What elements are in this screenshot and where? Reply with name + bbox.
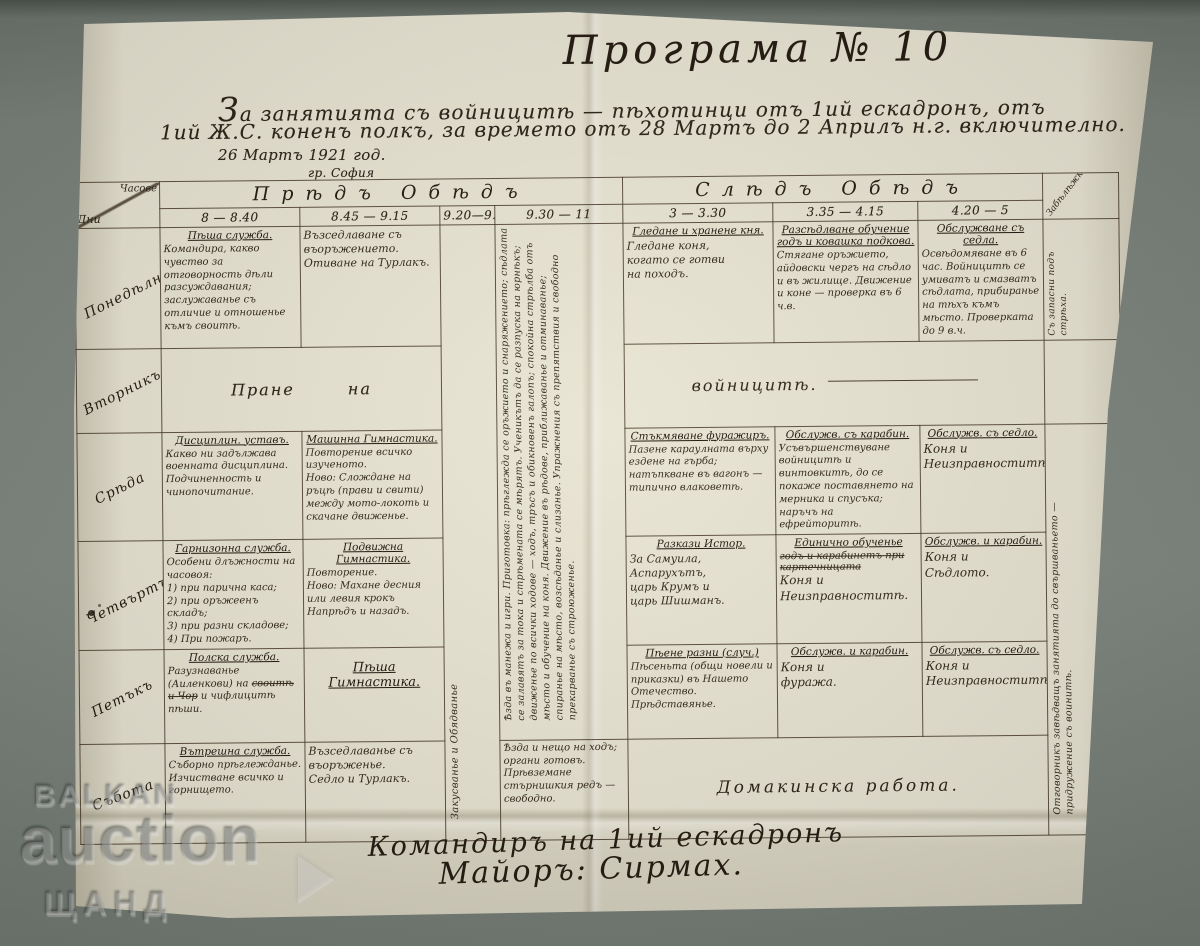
time-slot-5: 3 — 3.30 [623, 203, 773, 223]
cell-head: Стъкмяване фуражиръ. [628, 429, 771, 442]
cell-mon-7: Обслужване съ седла. Освѣдомяване въ 6 ч… [918, 219, 1044, 341]
cell-body: Коня и Сѣдлото. [925, 549, 1043, 581]
day-label-cell: Срѣда [77, 432, 163, 541]
day-thursday: Четвъртъкъ [84, 565, 164, 628]
cell-fri-6: Обслужв. и карабин. Коня и фуража. [777, 642, 923, 737]
cell-body: Усъвършенствуване войницитѣ и винтовкитѣ… [779, 442, 918, 533]
cell-fri-7: Обслужв. съ седло. Коня и Неизправностит… [922, 641, 1048, 736]
document-paper: Програма № 10 За занятията съ войницитѣ … [68, 10, 1160, 922]
cell-wed-2: Машинна Гимнастика. Повторение всичко из… [302, 430, 443, 540]
cell-head: Обслужв. съ седло. [925, 643, 1043, 656]
time-slot-7: 4.20 — 5 [918, 200, 1043, 220]
cell-wed-7: Обслужв. съ седло. Коня и Неизправностит… [920, 424, 1046, 534]
cell-head: Пѣша служба. [163, 229, 296, 242]
cell-strikethrough: годъ и карабинетъ при картечницата [780, 550, 918, 573]
cell-thu-2: Подвижна Гимнастика. Повторение. Ново: М… [303, 538, 444, 648]
document-title: Програма № 10 [458, 23, 1058, 75]
cell-body: Съборно прѣглежданье. Изчистване всичко … [169, 759, 302, 799]
cell-body: Коня и фуража. [781, 659, 919, 691]
cell-head: Обслужв. съ седло. [923, 426, 1041, 439]
cell-body: Освѣдомяване въ 6 час. Войницитѣ се умив… [922, 248, 1041, 339]
cell-tue-notes [1044, 339, 1121, 424]
cell-body: Пѣсеньта (общи новели и приказки) въ Наш… [631, 660, 774, 713]
cell-body: Стягане оръжието, айдовски чергъ на сѣдл… [777, 249, 916, 314]
vertical-riding-text: Ѣзда въ манежа и игри. Приготовка: прѣгл… [498, 226, 624, 721]
photo-stage: Програма № 10 За занятията съ войницитѣ … [0, 0, 1200, 946]
cell-riding-vertical: Ѣзда въ манежа и игри. Приготовка: прѣгл… [495, 223, 628, 740]
cell-body: Повторение всичко изученото. Ново: Сложд… [306, 446, 440, 524]
cell-break-vertical: Закусванье и Обядванье [440, 224, 501, 840]
cell-head: Пѣша Гимнастика. [308, 659, 441, 690]
cell-body: Разузнаванье (Аиленкови) на своитѣ и Чор… [168, 665, 301, 717]
corner-cell: Часове Дни [75, 182, 160, 229]
cell-head: Единично обученье [779, 536, 917, 549]
day-label-cell: Вторникъ [76, 348, 162, 433]
cell-body: Ѣзда и нещо на ходъ; органи готовъ. Прѣв… [503, 741, 625, 806]
day-label-cell: Четвъртъкъ [78, 541, 164, 650]
day-saturday: Събота [90, 776, 156, 814]
cell-head: Разсѣдлване обучение годъ и ковашка подк… [776, 223, 914, 248]
cell-head: Полска служба. [168, 651, 301, 664]
table-row-monday: Понедѣлникъ Пѣша служба. Командира, какв… [75, 218, 1120, 349]
cell-body: войницитѣ. [691, 373, 977, 395]
cell-head: Машинна Гимнастика. [305, 432, 438, 445]
cell-head: Подвижна Гимнастика. [306, 541, 439, 566]
cell-mon-5: Гледане и хранене кня. Гледане коня, ког… [623, 222, 774, 344]
cell-head: Пѣене разни (случ.) [631, 646, 774, 659]
time-slot-6: 3.35 — 4.15 [773, 201, 918, 221]
day-label-cell: Събота [80, 743, 166, 844]
cell-fri-1: Полска служба. Разузнаванье (Аиленкови) … [164, 648, 305, 743]
cell-fri-2: Пѣша Гимнастика. [304, 647, 445, 742]
cell-fri-5: Пѣене разни (случ.) Пѣсеньта (общи новел… [627, 644, 778, 739]
cell-wed-5: Стъкмяване фуражиръ. Пазене караулната в… [625, 426, 776, 536]
time-slot-4: 9.30 — 11 [495, 204, 623, 224]
day-tuesday: Вторникъ [81, 366, 162, 418]
play-icon [298, 856, 334, 904]
time-slot-2: 8.45 — 9.15 [300, 206, 440, 226]
cell-mon-2: Възседлаване съ въоръжението. Отиване на… [300, 225, 441, 347]
cell-tue-left: Пране на [161, 346, 442, 433]
notes-column-header: Забѣлѣжки [1043, 172, 1119, 219]
cell-body: Пазене караулната върху ездене на гърба;… [629, 443, 772, 496]
cell-head: Обслужв. и карабин. [781, 645, 919, 658]
cell-body: Гледане коня, когато се готви на походъ. [627, 238, 770, 282]
cell-body: Повторение. Ново: Махане десния или леви… [307, 567, 440, 619]
cell-head: Обслужване съ седла. [921, 222, 1039, 247]
cell-mon-notes: Съ запасни подъ стрѣха. [1043, 218, 1120, 339]
cell-head: Гледане и хранене кня. [626, 224, 769, 237]
cell-body: Какво ни задължава военната дисциплина. … [166, 447, 299, 499]
cell-mon-6: Разсѣдлване обучение годъ и ковашка подк… [773, 220, 919, 342]
vertical-notes-week: Отговорникъ завѣдващъ занятията до свърш… [1048, 426, 1121, 815]
cell-body: Възседлаване съ въоръжението. Отиване на… [303, 228, 436, 272]
cell-thu-6: Единично обученье годъ и карабинетъ при … [776, 534, 922, 644]
cell-text: Разузнаванье (Аиленкови) на [168, 665, 252, 689]
cell-body: Възседлаванье съ въоръженье. Седло и Тур… [308, 743, 441, 787]
cell-sat-1: Вътрешна служба. Съборно прѣглежданье. И… [165, 742, 306, 843]
corner-days-label: Дни [77, 213, 100, 226]
notes-header-label: Забѣлѣжки [1045, 172, 1089, 218]
cell-body: Особени длъжности на часовоя: 1) при пар… [167, 556, 301, 647]
time-slot-1: 8 — 8.40 [160, 207, 300, 227]
cell-wed-6: Обслужв. съ карабин. Усъвършенствуване в… [775, 425, 921, 535]
group-header-pm: Слѣдъ Обѣдъ [622, 173, 1042, 204]
cell-head: Гарнизонна служба. [166, 542, 299, 555]
cell-body: Коня и Неизправноститѣ. [780, 572, 918, 604]
day-friday: Петъкъ [88, 676, 155, 720]
place-line: гр. София [308, 166, 374, 180]
cell-head: Дисциплин. уставъ. [165, 433, 298, 446]
corner-hours-label: Часове [120, 183, 157, 194]
cell-body: За Самуила, Аспарухътъ, царь Крумъ и цар… [630, 551, 774, 609]
cell-sat-2: Възседлаванье съ въоръженье. Седло и Тур… [305, 741, 446, 842]
cell-tue-right: войницитѣ. [624, 340, 1045, 428]
date-line: 26 Мартъ 1921 год. [218, 146, 386, 164]
day-monday: Понедѣлникъ [82, 257, 162, 323]
cell-head: Обслужв. и карабин. [924, 535, 1042, 548]
cell-thu-1: Гарнизонна служба. Особени длъжности на … [163, 539, 304, 649]
cell-head: Вътрешна служба. [168, 745, 301, 758]
cell-head: Обслужв. съ карабин. [778, 428, 916, 441]
schedule-table: Часове Дни Прѣдъ Обѣдъ Слѣдъ Обѣдъ Забѣл… [74, 172, 1125, 845]
cell-body: Командира, какво чувство за отговорность… [164, 243, 298, 334]
day-label-cell: Петъкъ [79, 649, 165, 744]
cell-body: Коня и Неизправноститѣ. [926, 657, 1044, 689]
vertical-break-text: Закусванье и Обядванье [443, 227, 497, 819]
cell-week-notes: Отговорникъ завѣдващъ занятията до свърш… [1045, 423, 1125, 835]
cell-mon-1: Пѣша служба. Командира, какво чувство за… [160, 226, 301, 348]
cell-thu-7: Обслужв. и карабин. Коня и Сѣдлото. [921, 532, 1047, 642]
cell-body: Коня и Неизправноститѣ. [924, 440, 1042, 472]
cell-wed-1: Дисциплин. уставъ. Какво ни задължава во… [162, 431, 303, 541]
cell-thu-5: Разкази Истор. За Самуила, Аспарухътъ, ц… [626, 535, 777, 645]
vertical-notes-monday: Съ запасни подъ стрѣха. [1046, 221, 1116, 336]
day-label-cell: Понедѣлникъ [75, 228, 161, 349]
time-slot-3: 9.20—9.30 [440, 205, 495, 225]
cell-head: Разкази Истор. [629, 537, 772, 550]
day-wednesday: Срѣда [92, 469, 148, 508]
